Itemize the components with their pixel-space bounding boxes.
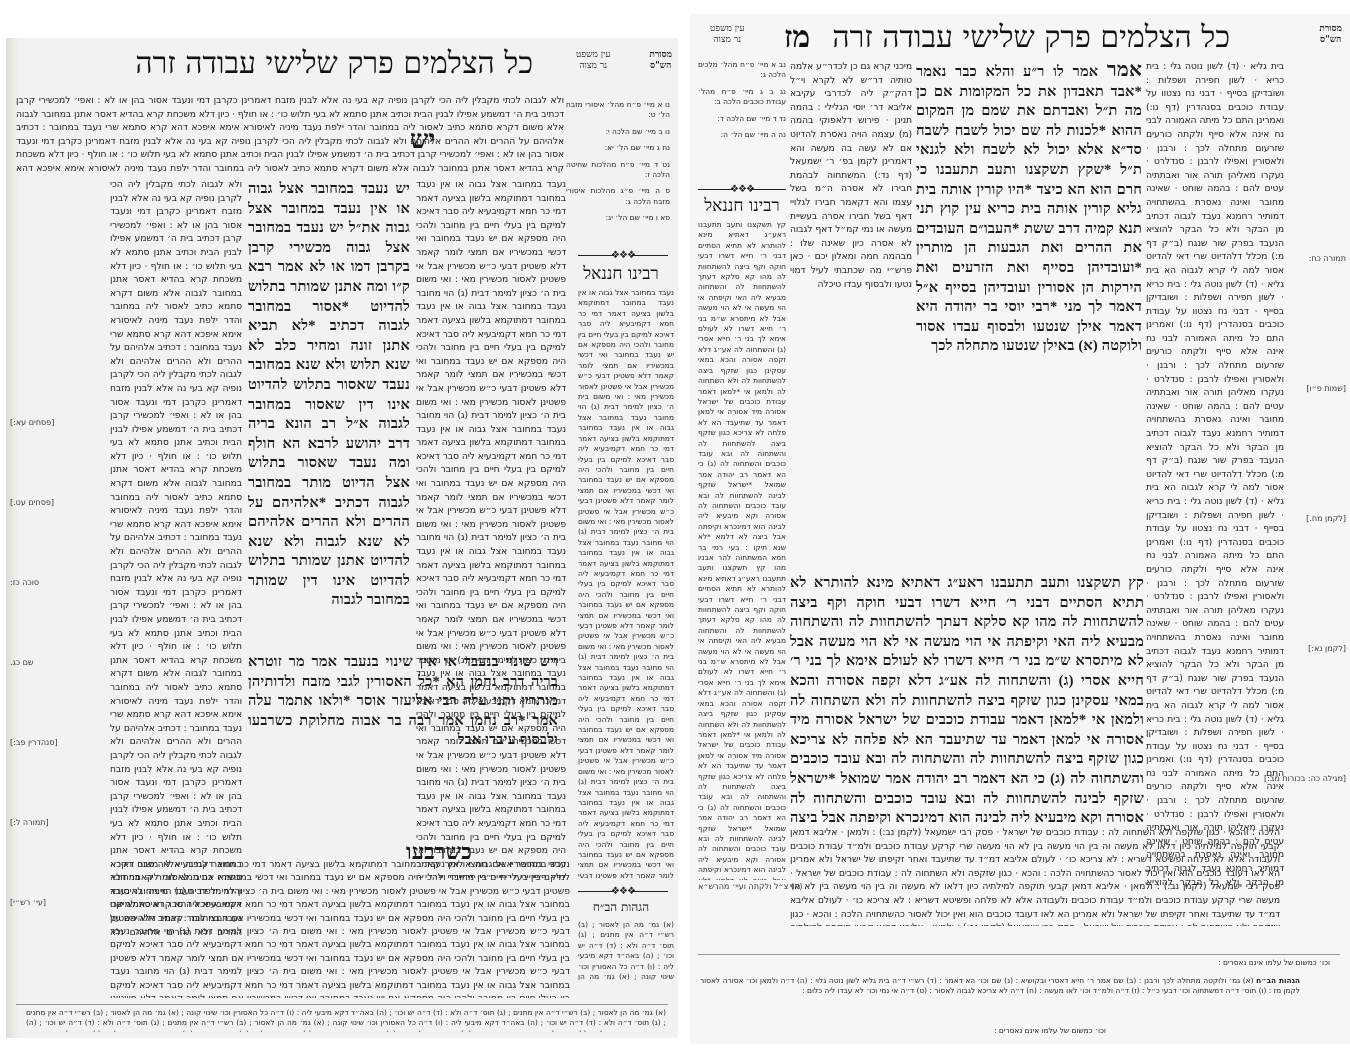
gemara-text-block-2: ויש שינוי בנעבד או אין שינוי בנעבד אמר מ… xyxy=(248,653,558,833)
outer-commentary-column: ולא לגבוה לכתי מקבלין ליה הכי לקרבן נופי… xyxy=(110,178,242,938)
ein-mishpat-entry: נו א מיי׳ פ״ח מהל׳ איסורי מזבח הל׳ ט: xyxy=(566,100,670,121)
top-commentary: ולא לגבוה לכתי מקבלין ליה הכי לקרבן נופי… xyxy=(16,94,564,176)
ein-mishpat-entry: נח ג מיי׳ שם הל׳ יא: xyxy=(566,143,670,153)
ein-mishpat-label: עין משפט נר מצוה xyxy=(710,24,744,46)
tosafot-text: מיכני קרא גם כן לכדר״ע אלמה טותיה דר״ש ל… xyxy=(790,61,912,290)
bottom-commentary: הלכה : והכא · כגון שזקפה ולא השתחוה לה :… xyxy=(790,826,1280,926)
margin-reference: [לקמן מח.] xyxy=(1306,514,1346,524)
gemara-text: יש נעבד במחובר אצל גבוה או אין נעבד במחו… xyxy=(248,181,410,608)
right-running-title: כל הצלמים פרק שלישי עבודה זרה xyxy=(832,18,1230,58)
ein-mishpat-entry: נו ב מיי׳ שם הלכה י: xyxy=(566,127,670,137)
margin-reference: תמורה כח: xyxy=(1309,254,1346,264)
hagahot-title: הגהות הב״ח xyxy=(1256,976,1300,985)
right-page: מסורת הש"ס כל הצלמים פרק שלישי עבודה זרה… xyxy=(690,14,1350,1044)
margin-reference: [סנהדרין פב:] xyxy=(10,738,58,748)
mesorat-hashas-label: מסורת הש"ס xyxy=(649,50,672,72)
mesorat-hashas-label: מסורת הש"ס xyxy=(1319,24,1342,46)
gemara-text-2: ויש שינוי בנעבד או אין שינוי בנעבד אמר מ… xyxy=(248,654,558,748)
gemara-lead-word: אמר xyxy=(1107,60,1142,81)
ein-mishpat-entry: ס ה מיי׳ פ״ג מהלכות איסורי מזבח הלכה ג: xyxy=(566,186,670,207)
gemara-text-block: אמר אמר לו ר״ע והלא כבר נאמר *אבד תאבדון… xyxy=(916,60,1142,580)
left-running-header: מסורת הש"ס כל הצלמים פרק שלישי עבודה זרה… xyxy=(6,44,678,84)
left-running-title: כל הצלמים פרק שלישי עבודה זרה xyxy=(135,44,533,84)
ornament-divider-2: ❖❖❖ xyxy=(578,886,668,896)
ein-mishpat-entry: נה ה מיי׳ שם הל׳ ה: xyxy=(698,130,786,140)
footer-line: וכו׳ כמשום של עלמו אינם נאסרים : xyxy=(700,958,1330,970)
left-page: מסורת הש"ס כל הצלמים פרק שלישי עבודה זרה… xyxy=(6,38,678,1038)
footer-last-line: וכו׳ כמשום של עלמו אינם נאסרים : xyxy=(950,1026,1150,1038)
margin-reference: [עי׳ רש״י] xyxy=(10,898,46,908)
rashi-column: בית גליא · (ד) לשון נוטה גלי : בית כריא … xyxy=(1146,60,1284,890)
hagahot-body: (א) גמ׳ ולוקטה מתחלה לכך ורבנן : (ב) שם … xyxy=(700,976,1300,995)
margin-reference: [לקמן נא:] xyxy=(1308,644,1346,654)
page-edge-shadow xyxy=(6,38,18,1038)
ein-mishpat-entry: נט ד מיי׳ פ״ח מהלכות שחיטה הלכה ז: xyxy=(566,160,670,181)
rabbeinu-chananel-text: קץ תשקצנו ותעב תתעבנו ראע״ג דאתיא מינא ל… xyxy=(698,220,786,880)
margin-reference: שם כג. xyxy=(10,658,34,668)
ein-mishpat-entry: נד ד מיי׳ שם הלכה ד: xyxy=(698,114,786,124)
bottom-commentary: נעבד במחובר אצל גבוה או אין נעבד במחובר … xyxy=(110,858,570,998)
rabbeinu-chananel-title: רבינו חננאל xyxy=(696,196,788,216)
hagahot-title: הגהות הב״ח xyxy=(566,900,676,915)
ein-mishpat-entry: נג ב ג מיי׳ פ״ח מהל׳ עבודת כוכבים הלכה ב… xyxy=(698,87,786,108)
hagahot-text: הגהות הב״ח (א) גמ׳ ולוקטה מתחלה לכך ורבנ… xyxy=(700,976,1300,1026)
margin-reference: [פסחים עט.] xyxy=(10,498,54,508)
ein-mishpat-entry: סא ו מיי׳ שם הל׳ יג: xyxy=(566,213,670,223)
gemara-text: אמר לו ר״ע והלא כבר נאמר *אבד תאבדון את … xyxy=(916,64,1142,354)
ein-mishpat-entry: נב א מיי׳ פ״ח מהל׳ מלכים הלכה ג: xyxy=(698,60,786,81)
footer-rule xyxy=(16,1004,668,1005)
ornament-divider: ❖❖❖ xyxy=(578,250,668,260)
margin-reference: סוכה כז: xyxy=(10,578,39,588)
margin-reference: [פסחים עא:] xyxy=(10,418,54,428)
ornament-divider: ❖❖❖ xyxy=(698,184,786,194)
mesorat-note: (א) צ״ל ולקתה ועיי׳ מהרש״א xyxy=(698,882,803,892)
gemara-text-block-2: קץ תשקצנו ותעב תתעבנו ראע״ג דאתיא מינא ל… xyxy=(790,574,1144,824)
gemara-lead-word: יש xyxy=(410,126,435,154)
margin-reference: [מגילה כה: בכורות מב:] xyxy=(1264,774,1346,784)
hagahot-text: (א) גמ׳ מה הן לאסור ; (ב) רש״י ד״ה אין מ… xyxy=(578,920,674,980)
gemara-text-block: יש נעבד במחובר אצל גבוה או אין נעבד במחו… xyxy=(248,180,410,650)
margin-reference: [תמורה ל:] xyxy=(10,818,49,828)
footer-rule xyxy=(698,954,1340,955)
footer-notes: (א) גמ׳ מה הן לאסור ; (ב) רש״י ד״ה אין מ… xyxy=(26,1008,666,1032)
ein-mishpat-column: נב א מיי׳ פ״ח מהל׳ מלכים הלכה ג:נג ב ג מ… xyxy=(698,60,786,180)
rabbeinu-chananel-title: רבינו חננאל xyxy=(566,264,676,284)
ein-mishpat-column: נו א מיי׳ פ״ח מהל׳ איסורי מזבח הל׳ ט:נו … xyxy=(566,100,670,250)
rabbeinu-chananel-text: נעבד במחובר אצל גבוה או אין נעבד במחובר … xyxy=(578,288,674,878)
ein-mishpat-label: עין משפט נר מצוה xyxy=(576,50,610,72)
tosafot-column: מיכני קרא גם כן לכדר״ע אלמה טותיה דר״ש ל… xyxy=(790,60,912,600)
margin-reference: [שמות פ״ו] xyxy=(1306,384,1346,394)
folio-number: מז xyxy=(784,18,810,58)
right-running-header: מסורת הש"ס כל הצלמים פרק שלישי עבודה זרה… xyxy=(690,20,1350,60)
